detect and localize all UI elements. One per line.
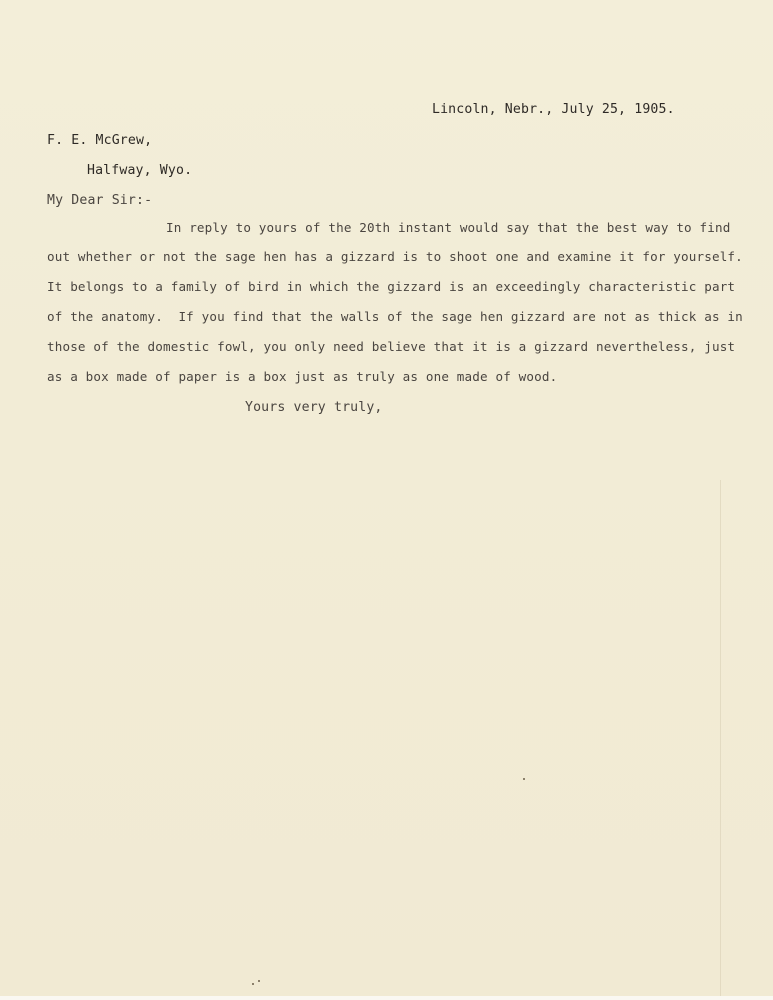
ink-speck xyxy=(252,983,254,985)
body-line-6: as a box made of paper is a box just as … xyxy=(47,369,557,385)
salutation: My Dear Sir:- xyxy=(47,193,152,209)
body-line-1: In reply to yours of the 20th instant wo… xyxy=(166,220,730,236)
page-bottom-edge xyxy=(0,996,773,1000)
ink-speck xyxy=(523,778,525,780)
recipient-location: Halfway, Wyo. xyxy=(87,163,192,179)
ink-speck xyxy=(258,980,260,982)
letter-page xyxy=(0,0,773,996)
body-line-4: of the anatomy. If you find that the wal… xyxy=(47,309,743,325)
paper-fold-line xyxy=(720,480,721,1000)
body-line-5: those of the domestic fowl, you only nee… xyxy=(47,339,735,355)
body-line-2: out whether or not the sage hen has a gi… xyxy=(47,249,743,265)
dateline: Lincoln, Nebr., July 25, 1905. xyxy=(432,102,675,118)
body-line-3: It belongs to a family of bird in which … xyxy=(47,279,735,295)
closing: Yours very truly, xyxy=(245,400,383,416)
recipient-name: F. E. McGrew, xyxy=(47,133,152,149)
